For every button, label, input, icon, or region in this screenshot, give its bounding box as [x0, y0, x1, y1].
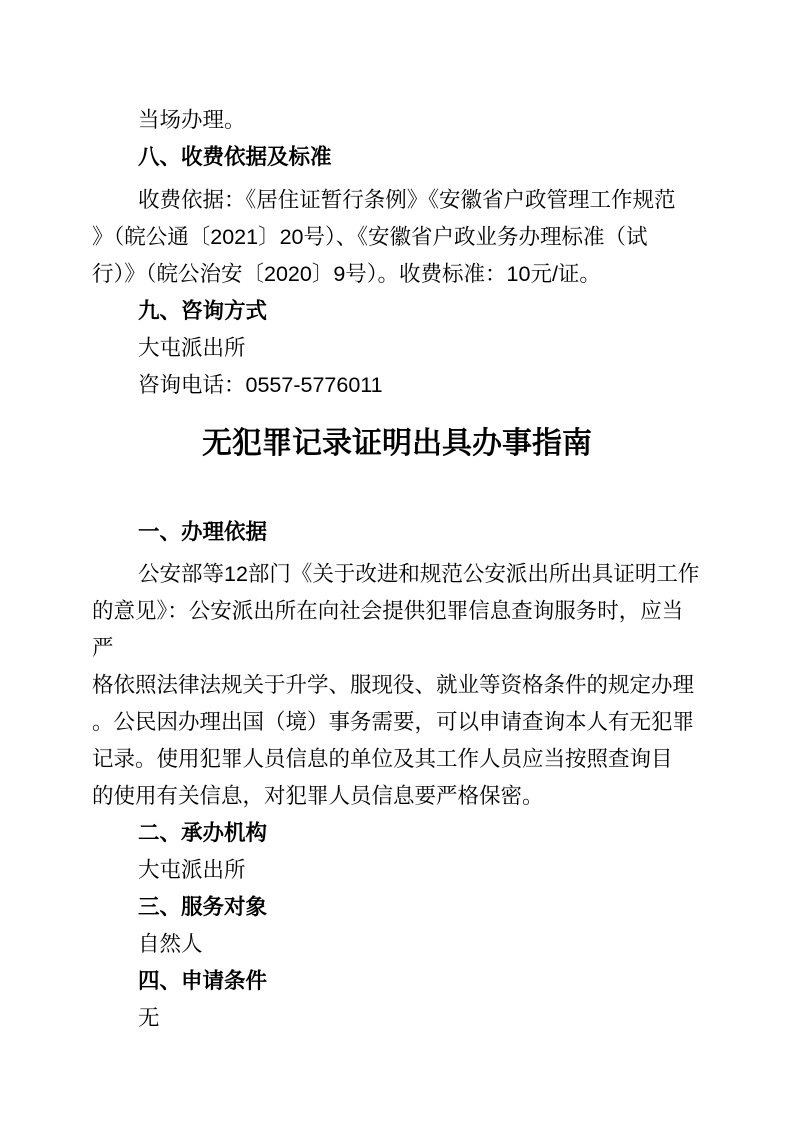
section3-body: 自然人 [92, 926, 702, 963]
section9-phone: 咨询电话：0557-5776011 [92, 367, 702, 404]
section9-heading: 九、咨询方式 [92, 293, 702, 330]
section4-body: 无 [92, 1000, 702, 1037]
section1-heading: 一、办理依据 [92, 514, 702, 551]
section2-office: 大屯派出所 [92, 852, 702, 889]
section8-heading: 八、收费依据及标准 [92, 139, 702, 176]
section1-body: 公安部等12部门《关于改进和规范公安派出所出具证明工作 的意见》：公安派出所在向… [92, 556, 702, 815]
section4-heading: 四、申请条件 [92, 963, 702, 1000]
section8-body: 收费依据：《居住证暂行条例》《安徽省户政管理工作规范 》（皖公通〔2021〕20… [92, 182, 702, 293]
document-title: 无犯罪记录证明出具办事指南 [92, 422, 702, 466]
continuation-line: 当场办理。 [92, 102, 702, 139]
section3-heading: 三、服务对象 [92, 889, 702, 926]
section9-office: 大屯派出所 [92, 330, 702, 367]
section2-heading: 二、承办机构 [92, 815, 702, 852]
document-page: 当场办理。 八、收费依据及标准 收费依据：《居住证暂行条例》《安徽省户政管理工作… [0, 0, 793, 1122]
